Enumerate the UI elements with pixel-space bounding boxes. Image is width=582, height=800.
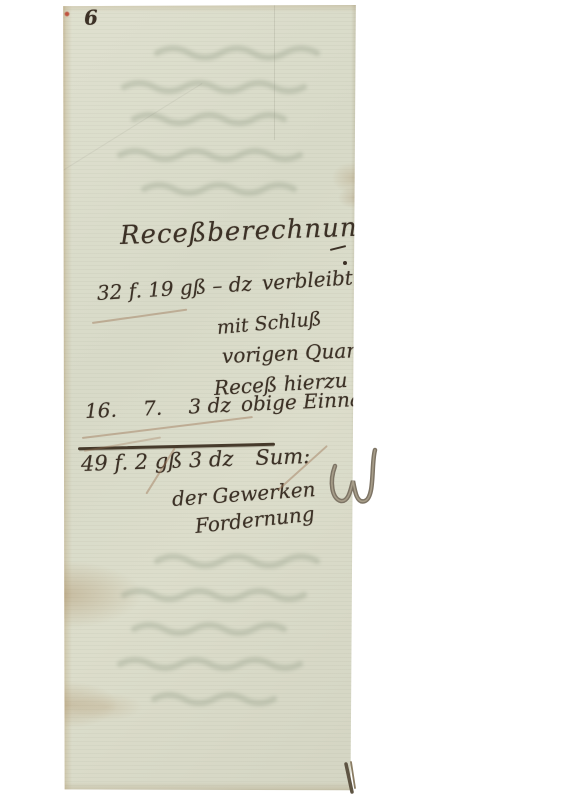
fold-crease-vertical: [274, 5, 275, 140]
folio-number: 6: [83, 5, 99, 30]
manuscript-page: 6 Receßberechnung. 32 f. 19 gß – dzverbl…: [62, 5, 357, 791]
scanned-manuscript-photo: { "page": { "folio_number": "6", "backgr…: [0, 0, 582, 800]
paper-sheet: 6 Receßberechnung. 32 f. 19 gß – dzverbl…: [62, 5, 357, 791]
title-flourish-dot: [343, 261, 347, 265]
binding-thread-stub-icon: [338, 758, 360, 798]
binding-thread-icon: [325, 440, 395, 515]
